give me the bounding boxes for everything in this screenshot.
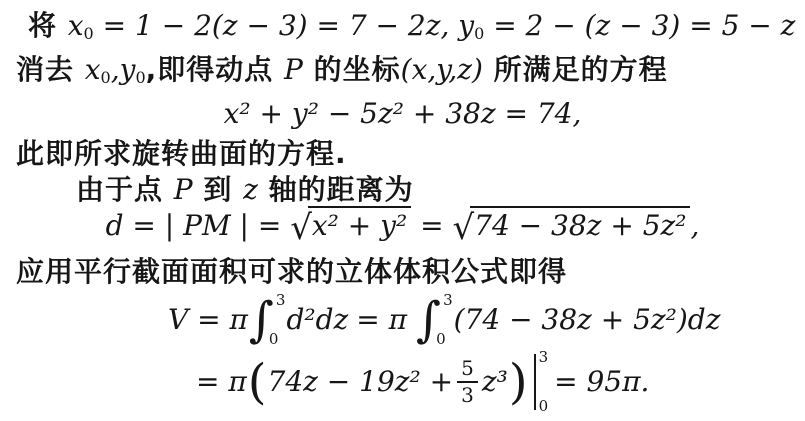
math-run: = 1 − 2(z − 3) = 7 − 2z,: [94, 9, 459, 42]
integral-upper-limit: 3: [443, 293, 453, 308]
eval-upper-limit: 3: [539, 350, 549, 365]
cjk-text: 到: [193, 173, 244, 206]
square-root: √74 − 38z + 5z²: [452, 206, 690, 245]
subscript: 0: [84, 24, 94, 43]
subscript: 0: [135, 68, 145, 87]
math-var-y0: y: [458, 9, 474, 42]
cjk-text: 消去: [16, 53, 85, 86]
math-var-y0: y: [120, 53, 136, 86]
radicand: x² + y²: [308, 206, 411, 243]
math-var-z: z: [243, 173, 258, 206]
integral-upper-limit: 3: [276, 293, 286, 308]
display-equation-evaluation: = π ( 74z − 19z² + 53 z³ ) 30 = 95π.: [196, 350, 649, 414]
cjk-text: 将: [28, 9, 68, 42]
fraction-denominator: 3: [457, 383, 478, 407]
math-equation: x² + y² − 5z² + 38z = 74,: [224, 97, 582, 130]
text-line-volume-intro: 应用平行截面面积可求的立体体积公式即得: [16, 254, 567, 290]
math-var-x0: x: [68, 9, 84, 42]
evaluation-limits: 30: [536, 350, 549, 414]
text-line-eliminate: 消去 x0,y0,即得动点 P 的坐标(x,y,z) 所满足的方程: [16, 52, 668, 89]
math-run: = 95π.: [554, 364, 649, 400]
math-run: d = | PM | =: [106, 209, 291, 242]
evaluation-bar-group: 30: [534, 350, 549, 414]
math-run: V = π: [168, 302, 248, 338]
text-line-conclusion: 此即所求旋转曲面的方程.: [16, 136, 347, 172]
math-run: = π: [356, 302, 407, 338]
math-run: (74 − 38z + 5z²)dz: [454, 302, 721, 338]
integral-group: ∫30: [416, 293, 452, 347]
cjk-text: 轴的距离为: [258, 173, 414, 206]
cjk-text: 代入上式: [795, 9, 805, 42]
subscript: 0: [101, 68, 111, 87]
cjk-text: 此即所求旋转曲面的方程.: [16, 137, 347, 170]
math-run: d²dz: [286, 302, 348, 338]
cjk-text: 应用平行截面面积可求的立体体积公式即得: [16, 255, 567, 288]
math-run: ,: [111, 53, 120, 86]
math-var-P: P: [284, 53, 303, 86]
math-run: z³: [482, 364, 508, 400]
fraction-numerator: 5: [457, 357, 478, 383]
display-equation-surface: x² + y² − 5z² + 38z = 74,: [0, 96, 805, 132]
document-page: 将 x0 = 1 − 2(z − 3) = 7 − 2z, y0 = 2 − (…: [0, 0, 805, 421]
cjk-text: 由于点: [76, 173, 174, 206]
math-run: = π: [196, 364, 247, 400]
math-run: 74z − 19z² +: [268, 364, 454, 400]
math-coords: (x,y,z): [401, 53, 483, 86]
fraction: 53: [457, 357, 478, 407]
square-root: √x² + y²: [290, 206, 411, 245]
math-run: =: [411, 209, 452, 242]
math-run: ,: [690, 209, 699, 242]
integral-lower-limit: 0: [436, 332, 446, 347]
integral-group: ∫30: [249, 293, 285, 347]
math-var-x0: x: [85, 53, 101, 86]
integral-lower-limit: 0: [269, 332, 279, 347]
cjk-text: ,即得动点: [146, 53, 284, 86]
cjk-text: 的坐标: [303, 53, 401, 86]
integral-limits: 30: [272, 293, 282, 347]
radicand: 74 − 38z + 5z²: [470, 206, 690, 243]
eval-lower-limit: 0: [539, 399, 549, 414]
cjk-text: 所满足的方程: [483, 53, 668, 86]
display-equation-volume-integral: V = π ∫30 d²dz = π ∫30 (74 − 38z + 5z²)d…: [168, 292, 720, 348]
math-var-P: P: [174, 173, 193, 206]
math-run: = 2 − (z − 3) = 5 − z: [484, 9, 795, 42]
subscript: 0: [474, 24, 484, 43]
integral-limits: 30: [439, 293, 449, 347]
display-equation-distance: d = | PM | = √x² + y² = √74 − 38z + 5z²,: [0, 206, 805, 245]
text-line-distance-intro: 由于点 P 到 z 轴的距离为: [76, 172, 414, 208]
text-line-substitution: 将 x0 = 1 − 2(z − 3) = 7 − 2z, y0 = 2 − (…: [28, 8, 805, 45]
